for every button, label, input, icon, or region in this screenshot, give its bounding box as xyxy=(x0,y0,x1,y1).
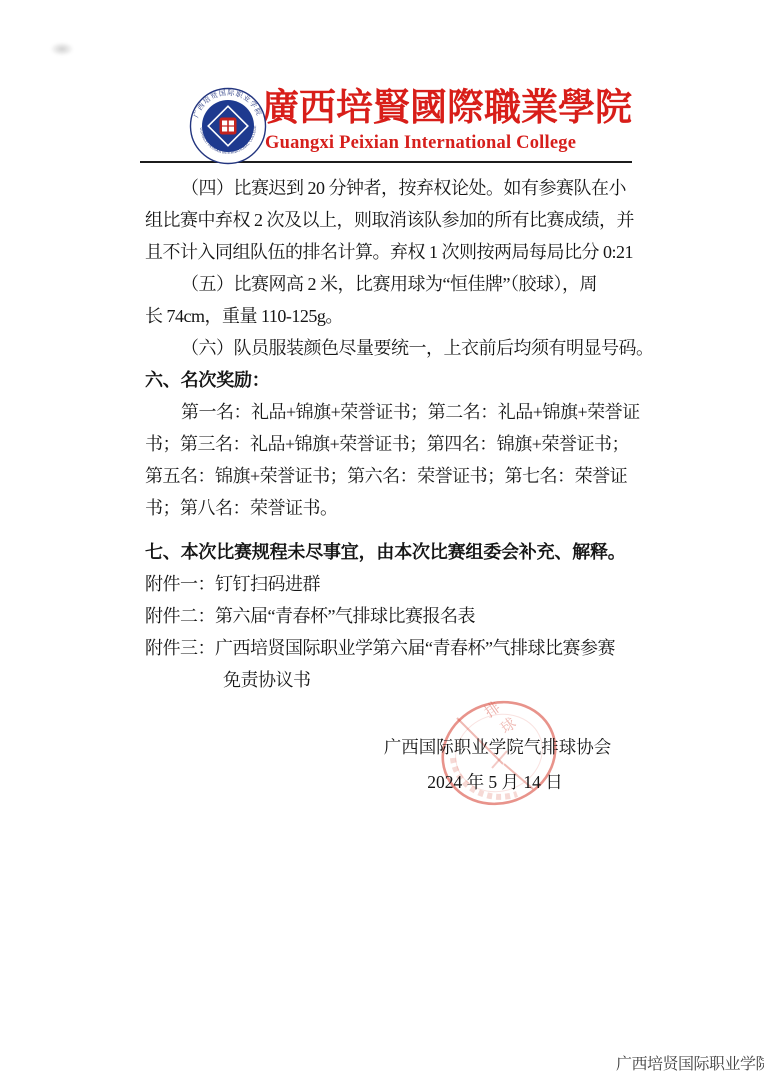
attachment-line-3: 附件三：广西培贤国际职业学第六届“青春杯”气排球比赛参赛 xyxy=(145,632,645,664)
body-line: 书；第三名：礼品+锦旗+荣誉证书；第四名：锦旗+荣誉证书； xyxy=(145,428,645,460)
attachment-line-1: 附件一：钉钉扫码进群 xyxy=(145,568,645,600)
section-heading-supplement: 七、本次比赛规程未尽事宜，由本次比赛组委会补充、解释。 xyxy=(145,536,645,568)
scan-smudge xyxy=(50,42,74,56)
document-body: （四）比赛迟到 20 分钟者，按弃权论处。如有参赛队在小 组比赛中弃权 2 次及… xyxy=(145,172,645,696)
signature-date: 2024 年 5 月 14 日 xyxy=(370,769,620,794)
body-line: （五）比赛网高 2 米，比赛用球为“恒佳牌”（胶球），周 xyxy=(145,268,645,300)
body-line: 长 74cm，重量 110-125g。 xyxy=(145,300,645,332)
body-line: （四）比赛迟到 20 分钟者，按弃权论处。如有参赛队在小 xyxy=(145,172,645,204)
attachment-line-3-cont: 免责协议书 xyxy=(145,664,645,696)
footer-watermark: 广西培贤国际职业学院 xyxy=(616,1051,764,1074)
body-line: 第一名：礼品+锦旗+荣誉证书；第二名：礼品+锦旗+荣誉证 xyxy=(145,396,645,428)
college-title-chinese: 廣西培賢國際職業學院 xyxy=(262,86,642,135)
college-logo: 广西培贤国际职业学院 GUANGXI PEIXIAN INTERNATIONAL… xyxy=(189,87,267,165)
attachment-line-2: 附件二：第六届“青春杯”气排球比赛报名表 xyxy=(145,600,645,632)
signature-organization: 广西国际职业学院气排球协会 xyxy=(370,734,625,759)
body-line: 且不计入同组队伍的排名计算。弃权 1 次则按两局每局比分 0:21 xyxy=(145,236,645,268)
college-emblem-icon: 广西培贤国际职业学院 GUANGXI PEIXIAN INTERNATIONAL… xyxy=(189,87,267,165)
body-line: 书；第八名：荣誉证书。 xyxy=(145,492,645,524)
body-line: 组比赛中弃权 2 次及以上，则取消该队参加的所有比赛成绩，并 xyxy=(145,204,645,236)
section-heading-awards: 六、名次奖励： xyxy=(145,364,645,396)
body-line: 第五名：锦旗+荣誉证书；第六名：荣誉证书；第七名：荣誉证 xyxy=(145,460,645,492)
body-line: （六）队员服装颜色尽量要统一，上衣前后均须有明显号码。 xyxy=(145,332,645,364)
college-title-english: Guangxi Peixian International College xyxy=(265,133,576,154)
